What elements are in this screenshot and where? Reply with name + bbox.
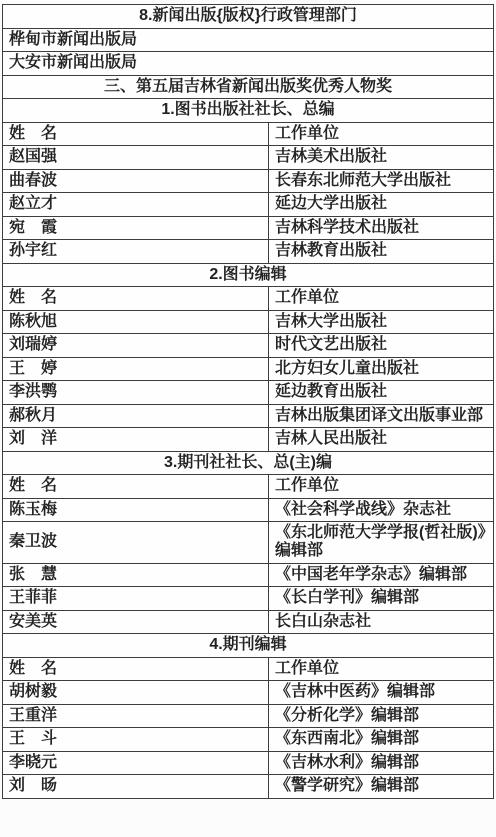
- column-header-unit: 工作单位: [269, 122, 494, 146]
- column-header-unit: 工作单位: [269, 475, 494, 499]
- work-unit-cell: 《分析化学》编辑部: [269, 704, 494, 728]
- column-header-unit: 工作单位: [269, 287, 494, 311]
- work-unit-cell: 吉林人民出版社: [269, 428, 494, 452]
- table-row: 姓 名工作单位: [3, 122, 494, 146]
- table-row: 王重洋《分析化学》编辑部: [3, 704, 494, 728]
- person-name-cell: 赵立才: [3, 193, 269, 217]
- person-name-cell: 安美英: [3, 610, 269, 634]
- work-unit-cell: 延边教育出版社: [269, 381, 494, 405]
- work-unit-cell: 吉林出版集团译文出版事业部: [269, 404, 494, 428]
- table-row: 2.图书编辑: [3, 263, 494, 287]
- work-unit-cell: 时代文艺出版社: [269, 334, 494, 358]
- person-name-cell: 郝秋月: [3, 404, 269, 428]
- person-name-cell: 曲春波: [3, 169, 269, 193]
- person-name-cell: 王菲菲: [3, 587, 269, 611]
- table-row: 安美英长白山杂志社: [3, 610, 494, 634]
- table-row: 姓 名工作单位: [3, 287, 494, 311]
- table-row: 孙宇红吉林教育出版社: [3, 240, 494, 264]
- table-row: 张 慧《中国老年学杂志》编辑部: [3, 563, 494, 587]
- table-row: 秦卫波《东北师范大学学报(哲社版)》编辑部: [3, 522, 494, 564]
- column-header-name: 姓 名: [3, 287, 269, 311]
- table-row: 胡树毅《吉林中医药》编辑部: [3, 681, 494, 705]
- work-unit-cell: 《中国老年学杂志》编辑部: [269, 563, 494, 587]
- work-unit-cell: 《吉林中医药》编辑部: [269, 681, 494, 705]
- table-row: 陈玉梅《社会科学战线》杂志社: [3, 498, 494, 522]
- person-name-cell: 陈玉梅: [3, 498, 269, 522]
- section-header-cell: 1.图书出版社社长、总编: [3, 99, 494, 123]
- table-row: 桦甸市新闻出版局: [3, 28, 494, 52]
- table-row: 刘瑞婷时代文艺出版社: [3, 334, 494, 358]
- awards-table: 8.新闻出版{版权}行政管理部门桦甸市新闻出版局大安市新闻出版局三、第五届吉林省…: [2, 4, 494, 799]
- work-unit-cell: 《社会科学战线》杂志社: [269, 498, 494, 522]
- work-unit-cell: 长白山杂志社: [269, 610, 494, 634]
- section-header-cell: 3.期刊社社长、总(主)编: [3, 451, 494, 475]
- column-header-name: 姓 名: [3, 475, 269, 499]
- work-unit-cell: 长春东北师范大学出版社: [269, 169, 494, 193]
- table-row: 刘 旸《警学研究》编辑部: [3, 775, 494, 799]
- table-row: 郝秋月吉林出版集团译文出版事业部: [3, 404, 494, 428]
- table-row: 赵立才延边大学出版社: [3, 193, 494, 217]
- awards-table-body: 8.新闻出版{版权}行政管理部门桦甸市新闻出版局大安市新闻出版局三、第五届吉林省…: [3, 5, 494, 799]
- section-header-cell: 三、第五届吉林省新闻出版奖优秀人物奖: [3, 75, 494, 99]
- table-row: 李洪鹗延边教育出版社: [3, 381, 494, 405]
- person-name-cell: 王 婷: [3, 357, 269, 381]
- work-unit-cell: 《东西南北》编辑部: [269, 728, 494, 752]
- table-row: 王 斗《东西南北》编辑部: [3, 728, 494, 752]
- person-name-cell: 李洪鹗: [3, 381, 269, 405]
- work-unit-cell: 延边大学出版社: [269, 193, 494, 217]
- person-name-cell: 宛 霞: [3, 216, 269, 240]
- work-unit-cell: 吉林教育出版社: [269, 240, 494, 264]
- table-row: 3.期刊社社长、总(主)编: [3, 451, 494, 475]
- work-unit-cell: 《东北师范大学学报(哲社版)》编辑部: [269, 522, 494, 564]
- table-row: 1.图书出版社社长、总编: [3, 99, 494, 123]
- table-row: 曲春波长春东北师范大学出版社: [3, 169, 494, 193]
- column-header-name: 姓 名: [3, 657, 269, 681]
- person-name-cell: 胡树毅: [3, 681, 269, 705]
- table-row: 姓 名工作单位: [3, 657, 494, 681]
- person-name-cell: 王重洋: [3, 704, 269, 728]
- person-name-cell: 陈秋旭: [3, 310, 269, 334]
- person-name-cell: 孙宇红: [3, 240, 269, 264]
- page-container: 8.新闻出版{版权}行政管理部门桦甸市新闻出版局大安市新闻出版局三、第五届吉林省…: [0, 0, 496, 801]
- table-row: 王 婷北方妇女儿童出版社: [3, 357, 494, 381]
- section-header-cell: 2.图书编辑: [3, 263, 494, 287]
- work-unit-cell: 吉林美术出版社: [269, 146, 494, 170]
- table-row: 三、第五届吉林省新闻出版奖优秀人物奖: [3, 75, 494, 99]
- table-row: 宛 霞吉林科学技术出版社: [3, 216, 494, 240]
- person-name-cell: 刘 旸: [3, 775, 269, 799]
- table-row: 姓 名工作单位: [3, 475, 494, 499]
- person-name-cell: 李晓元: [3, 751, 269, 775]
- table-row: 4.期刊编辑: [3, 634, 494, 658]
- work-unit-cell: 北方妇女儿童出版社: [269, 357, 494, 381]
- table-row: 大安市新闻出版局: [3, 52, 494, 76]
- table-row: 赵国强吉林美术出版社: [3, 146, 494, 170]
- table-row: 刘 洋吉林人民出版社: [3, 428, 494, 452]
- work-unit-cell: 《警学研究》编辑部: [269, 775, 494, 799]
- person-name-cell: 赵国强: [3, 146, 269, 170]
- section-header-cell: 4.期刊编辑: [3, 634, 494, 658]
- person-name-cell: 王 斗: [3, 728, 269, 752]
- table-row: 李晓元《吉林水利》编辑部: [3, 751, 494, 775]
- table-row: 王菲菲《长白学刊》编辑部: [3, 587, 494, 611]
- org-row-cell: 大安市新闻出版局: [3, 52, 494, 76]
- column-header-name: 姓 名: [3, 122, 269, 146]
- org-row-cell: 桦甸市新闻出版局: [3, 28, 494, 52]
- person-name-cell: 张 慧: [3, 563, 269, 587]
- person-name-cell: 秦卫波: [3, 522, 269, 564]
- section-header-cell: 8.新闻出版{版权}行政管理部门: [3, 5, 494, 29]
- column-header-unit: 工作单位: [269, 657, 494, 681]
- work-unit-cell: 吉林大学出版社: [269, 310, 494, 334]
- work-unit-cell: 吉林科学技术出版社: [269, 216, 494, 240]
- table-row: 陈秋旭吉林大学出版社: [3, 310, 494, 334]
- person-name-cell: 刘瑞婷: [3, 334, 269, 358]
- table-row: 8.新闻出版{版权}行政管理部门: [3, 5, 494, 29]
- work-unit-cell: 《吉林水利》编辑部: [269, 751, 494, 775]
- person-name-cell: 刘 洋: [3, 428, 269, 452]
- work-unit-cell: 《长白学刊》编辑部: [269, 587, 494, 611]
